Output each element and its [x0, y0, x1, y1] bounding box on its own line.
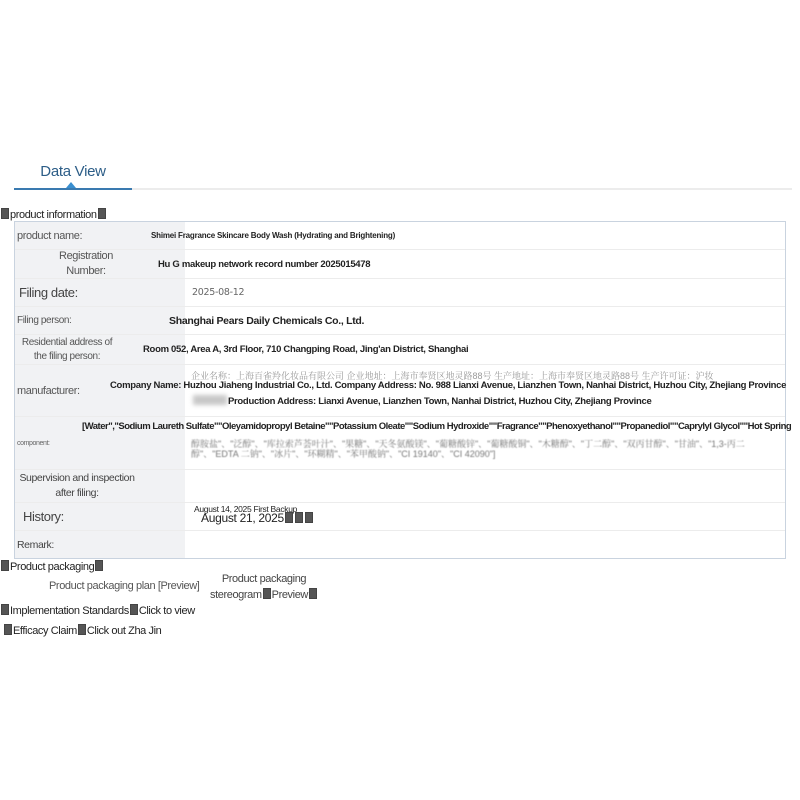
table-row-filing-date: Filing date: 2025-08-12: [15, 279, 785, 307]
label-text: product name:: [17, 230, 82, 242]
label-text: Filing person:: [17, 315, 71, 326]
value-registration-number: Hu G makeup network record number 202501…: [185, 250, 785, 278]
value-history: August 14, 2025 First Backup August 21, …: [185, 503, 785, 530]
label-supervision: Supervision and inspection after filing:: [15, 470, 185, 502]
value-text: Shanghai Pears Daily Chemicals Co., Ltd.: [169, 315, 364, 327]
table-row-supervision: Supervision and inspection after filing:: [15, 470, 785, 503]
value-text: Shimei Fragrance Skincare Body Wash (Hyd…: [151, 231, 395, 240]
value-residential-address: Room 052, Area A, 3rd Floor, 710 Changpi…: [185, 335, 785, 364]
standards-click-to-view-link[interactable]: Click to view: [139, 605, 195, 617]
table-row-registration-number: Registration Number: Hu G makeup network…: [15, 250, 785, 279]
label-history: History:: [15, 503, 185, 530]
implementation-standards-row: Implementation StandardsClick to view: [0, 604, 195, 617]
link-text-line2: stereogramPreview: [210, 587, 318, 603]
bracket-right-icon: [78, 624, 86, 635]
missing-glyph-icon: [295, 512, 303, 523]
value-component: [Water","Sodium Laureth Sulfate""Oleyami…: [185, 417, 785, 469]
bracket-left-icon: [1, 604, 9, 615]
table-row-filing-person: Filing person: Shanghai Pears Daily Chem…: [15, 307, 785, 335]
caret-up-icon: [66, 182, 76, 188]
tab-divider: [132, 188, 792, 190]
bracket-left-icon: [263, 588, 271, 599]
redaction-blur: [193, 395, 227, 405]
value-filing-person: Shanghai Pears Daily Chemicals Co., Ltd.: [185, 307, 785, 334]
label-text: Remark:: [17, 539, 54, 551]
value-manufacturer: 企业名称：上海百雀羚化妆品有限公司 企业地址：上海市奉贤区地灵路88号 生产地址…: [185, 365, 785, 416]
label-text: Residential address of the filing person…: [17, 336, 117, 364]
efficacy-label: Efficacy Claim: [13, 625, 77, 637]
packaging-section: Product packaging Product packaging plan…: [0, 558, 400, 648]
value-filing-date: 2025-08-12: [185, 279, 785, 306]
link-text-line1: Product packaging: [210, 571, 318, 587]
bracket-right-icon: [98, 208, 106, 219]
history-entry-text: August 21, 2025: [201, 511, 284, 525]
value-en-text: [Water","Sodium Laureth Sulfate""Oleyami…: [82, 421, 791, 432]
link-text: stereogram: [210, 589, 262, 601]
section-title-product-packaging: Product packaging: [0, 560, 104, 573]
label-text: History:: [23, 509, 64, 524]
efficacy-claim-row: Efficacy ClaimClick out Zha Jin: [3, 624, 161, 637]
value-text: Hu G makeup network record number 202501…: [158, 259, 370, 270]
value-text: 2025-08-12: [192, 287, 244, 298]
packaging-plan-preview-link[interactable]: Product packaging plan [Preview]: [49, 580, 199, 592]
label-filing-person: Filing person:: [15, 307, 185, 334]
bracket-left-icon: [4, 624, 12, 635]
table-row-history: History: August 14, 2025 First Backup Au…: [15, 503, 785, 531]
bracket-right-icon: [309, 588, 317, 599]
missing-glyph-icon: [285, 512, 293, 523]
bracket-left-icon: [1, 560, 9, 571]
table-row-remark: Remark:: [15, 531, 785, 558]
standards-label: Implementation Standards: [10, 605, 129, 617]
efficacy-click-link[interactable]: Click out Zha Jin: [87, 625, 162, 637]
section-title-product-information: product information: [0, 208, 107, 221]
label-text: Filing date:: [19, 285, 78, 300]
tab-data-view-label: Data View: [40, 163, 105, 180]
value-remark: [185, 531, 785, 558]
label-text: Registration Number:: [51, 249, 121, 279]
table-row-product-name: product name: Shimei Fragrance Skincare …: [15, 222, 785, 250]
bracket-right-icon: [95, 560, 103, 571]
value-text: Room 052, Area A, 3rd Floor, 710 Changpi…: [143, 344, 468, 355]
label-text: manufacturer:: [17, 385, 80, 397]
link-text: Product packaging plan [Preview]: [49, 580, 199, 592]
table-row-component: component: [Water","Sodium Laureth Sulfa…: [15, 417, 785, 470]
bracket-right-icon: [130, 604, 138, 615]
label-text: component:: [17, 440, 50, 447]
history-entry: August 21, 2025: [201, 511, 314, 525]
missing-glyph-icon: [305, 512, 313, 523]
label-remark: Remark:: [15, 531, 185, 558]
value-cn-text: 醇胺盐"、"泛醇"、"库拉索芦荟叶汁"、"果糖"、"天冬氨酸镁"、"葡糖酸锌"、…: [191, 439, 751, 459]
value-supervision: [185, 470, 785, 502]
bracket-left-icon: [1, 208, 9, 219]
value-line1-text: Company Name: Huzhou Jiaheng Industrial …: [110, 380, 786, 391]
tab-active-underline: [14, 188, 132, 190]
table-row-manufacturer: manufacturer: 企业名称：上海百雀羚化妆品有限公司 企业地址：上海市…: [15, 365, 785, 417]
section-title-text: product information: [10, 209, 97, 221]
tab-bar: Data View: [14, 160, 790, 190]
label-text: Supervision and inspection after filing:: [17, 471, 137, 501]
value-line2-text: Production Address: Lianxi Avenue, Lianz…: [228, 396, 651, 407]
section-title-text: Product packaging: [10, 561, 94, 573]
packaging-stereogram-preview-link[interactable]: Product packaging stereogramPreview: [210, 571, 318, 603]
value-product-name: Shimei Fragrance Skincare Body Wash (Hyd…: [185, 222, 785, 249]
product-info-table: product name: Shimei Fragrance Skincare …: [14, 221, 786, 559]
link-text: Preview: [272, 589, 308, 601]
label-filing-date: Filing date:: [15, 279, 185, 306]
table-row-residential-address: Residential address of the filing person…: [15, 335, 785, 365]
